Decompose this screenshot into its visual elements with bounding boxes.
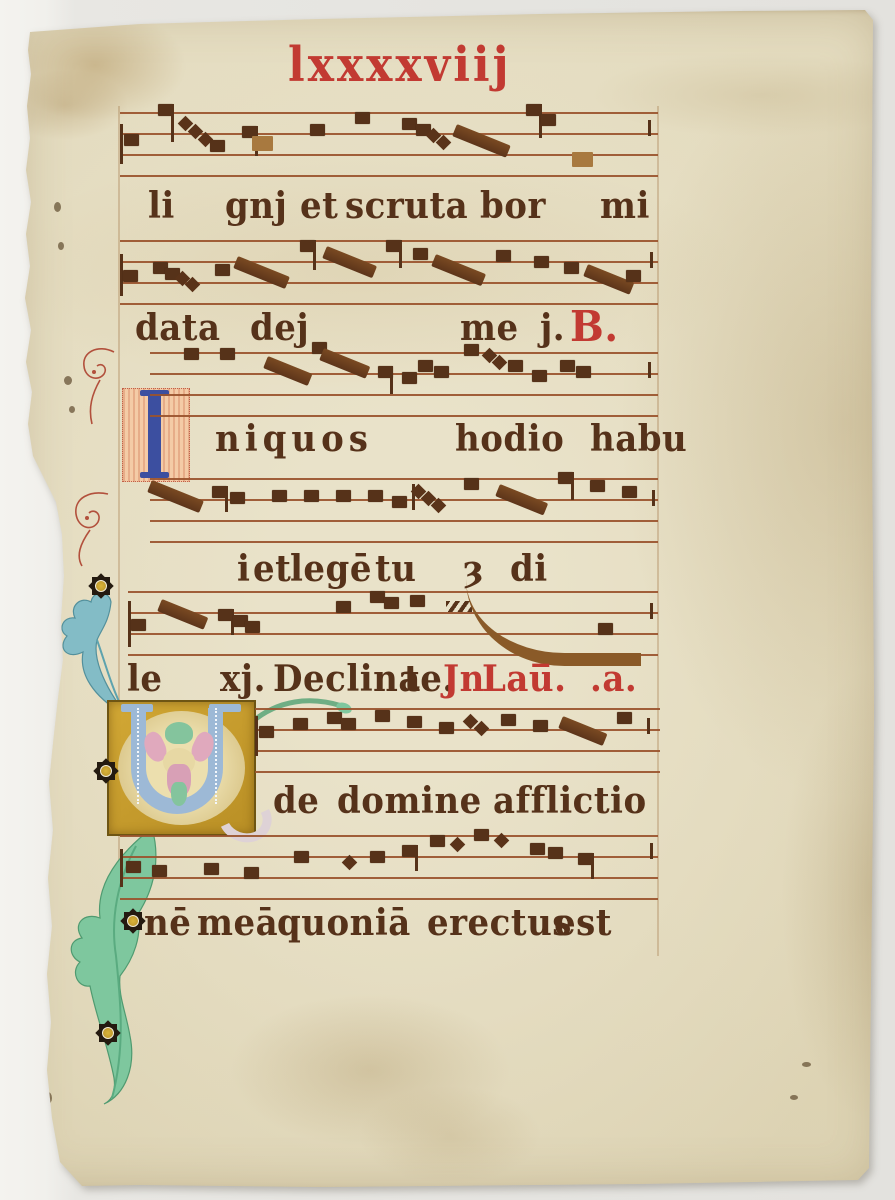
- neume-sq: [548, 847, 563, 859]
- chant-word: legē: [290, 548, 372, 591]
- neume-st: [120, 849, 123, 887]
- photograph-background: lxxxxviij: [0, 0, 895, 1200]
- gold-sun-ornament-icon: [95, 1020, 121, 1046]
- neume-st: [255, 716, 258, 756]
- chant-word: B.: [570, 302, 619, 353]
- chant-word: et: [300, 185, 338, 228]
- neume-sq: [336, 490, 351, 502]
- chant-word: le: [127, 658, 163, 701]
- chant-text-line: niquoshodiohabu: [20, 418, 880, 466]
- neume-sq: [626, 270, 641, 282]
- neume-sq: [617, 712, 632, 724]
- gold-sun-ornament-icon: [93, 758, 119, 784]
- neume-sq: [293, 718, 308, 730]
- chant-text-line: nēmeāquoniāerectusest: [20, 902, 880, 950]
- neume-st: [399, 240, 402, 268]
- neume-sq: [124, 134, 139, 146]
- chant-word: xj.: [220, 658, 266, 701]
- neume-sq: [215, 264, 230, 276]
- music-staff: [255, 708, 660, 773]
- parchment-wear-speck: [64, 376, 72, 385]
- chant-word: i: [237, 548, 250, 591]
- neume-tk: [650, 843, 653, 859]
- neume-ob: [452, 124, 511, 158]
- neume-sq: [590, 480, 605, 492]
- chant-word: di: [510, 548, 548, 591]
- chant-word: gnj: [225, 185, 287, 228]
- chant-text-line: ietlegētuȝdi: [20, 548, 880, 596]
- folio-number: lxxxxviij: [288, 38, 512, 93]
- neume-ob: [233, 256, 290, 289]
- neume-sq: [368, 490, 383, 502]
- penwork-flourish-icon: [70, 346, 118, 428]
- neume-sq: [384, 597, 399, 609]
- chant-text-line: lignjetscrutabormi: [20, 185, 880, 233]
- initial-v-foliage: [165, 722, 193, 744]
- neume-sq: [532, 370, 547, 382]
- neume-sq: [474, 829, 489, 841]
- parchment-wear-speck: [54, 202, 61, 212]
- neume-ob: [263, 356, 312, 386]
- neume-lg: [572, 152, 593, 167]
- neume-sq: [410, 595, 425, 607]
- music-staff: [120, 240, 658, 305]
- chant-word: quoniā: [277, 902, 411, 945]
- chant-word: me: [460, 307, 519, 350]
- gold-sun-ornament-icon: [120, 908, 146, 934]
- chant-word: li: [148, 185, 175, 228]
- neume-tk: [648, 362, 651, 378]
- chant-word: dej: [250, 307, 309, 350]
- neume-tk: [652, 490, 655, 506]
- neume-sq: [152, 865, 167, 877]
- chant-text-line: datadejmej.B.: [20, 307, 880, 355]
- neume-tk: [648, 120, 651, 136]
- neume-tk: [650, 603, 653, 619]
- neume-sq: [327, 712, 342, 724]
- neume-sq: [430, 835, 445, 847]
- neume-sq: [294, 851, 309, 863]
- neume-sq: [341, 718, 356, 730]
- neume-sq: [272, 490, 287, 502]
- chant-word: afflictio: [493, 780, 647, 823]
- neume-sq: [375, 710, 390, 722]
- neume-st: [313, 240, 316, 270]
- neume-lg: [252, 136, 273, 151]
- parchment: lxxxxviij: [20, 10, 880, 1190]
- chant-word: niquos: [215, 418, 373, 461]
- music-staff: [150, 352, 658, 417]
- neume-ob: [495, 484, 548, 516]
- neume-sq: [304, 490, 319, 502]
- neume-st: [120, 124, 123, 164]
- neume-dm: [342, 855, 358, 871]
- music-staff: [120, 835, 658, 900]
- neume-sq: [245, 621, 260, 633]
- neume-sq: [413, 248, 428, 260]
- neume-sq: [244, 867, 259, 879]
- neume-sq: [560, 360, 575, 372]
- manuscript-leaf-content: lxxxxviij: [20, 10, 880, 1190]
- parchment-wear-speck: [44, 1092, 52, 1104]
- neume-st: [171, 104, 174, 142]
- neume-sq: [131, 619, 146, 631]
- parchment-wear-speck: [48, 1134, 55, 1144]
- neume-sq: [123, 270, 138, 282]
- chant-word: Declina: [273, 658, 421, 701]
- music-staff: [128, 591, 658, 656]
- neume-sq: [496, 250, 511, 262]
- parchment-wear-speck: [58, 242, 64, 250]
- neume-dm: [450, 837, 466, 853]
- chant-word: data: [135, 307, 221, 350]
- chant-word: Jn: [443, 658, 485, 701]
- neume-qs: [446, 601, 472, 612]
- neume-dm: [494, 833, 510, 849]
- neume-sq: [336, 601, 351, 613]
- neume-sq: [230, 492, 245, 504]
- neume-sq: [534, 256, 549, 268]
- chant-word: hodio: [455, 418, 564, 461]
- neume-tk: [650, 252, 653, 268]
- parchment-wear-speck: [53, 1166, 62, 1174]
- parchment-wear-speck: [69, 406, 75, 413]
- chant-word: meā: [197, 902, 278, 945]
- neume-sq: [464, 478, 479, 490]
- neume-sq: [576, 366, 591, 378]
- neume-st: [225, 486, 228, 512]
- chant-word: mi: [600, 185, 650, 228]
- chant-word: et: [253, 548, 291, 591]
- neume-sq: [310, 124, 325, 136]
- neume-st: [571, 472, 574, 500]
- chant-word: est: [554, 902, 612, 945]
- chant-word: .a.: [590, 658, 637, 701]
- neume-sq: [126, 861, 141, 873]
- chant-word: tu: [375, 548, 416, 591]
- neume-sq: [392, 496, 407, 508]
- neume-ob: [431, 254, 486, 286]
- chant-word: ȝ: [463, 548, 484, 591]
- neume-sq: [439, 722, 454, 734]
- chant-text-line: lexj.Declinate.JnLau̅..a.: [20, 658, 880, 706]
- chant-word: habu: [590, 418, 687, 461]
- neume-sq: [508, 360, 523, 372]
- neume-sq: [355, 112, 370, 124]
- chant-word: bor: [480, 185, 546, 228]
- neume-st: [415, 845, 418, 871]
- neume-sq: [564, 262, 579, 274]
- manuscript-leaf: lxxxxviij: [20, 10, 880, 1190]
- neume-sq: [204, 863, 219, 875]
- neume-ob: [147, 480, 204, 513]
- neume-tk: [647, 718, 650, 734]
- chant-text-line: dedomineafflictio: [20, 780, 880, 828]
- neume-st: [390, 366, 393, 394]
- chant-word: nē: [144, 902, 191, 945]
- chant-word: scruta: [345, 185, 468, 228]
- neume-sq: [418, 360, 433, 372]
- neume-sq: [434, 366, 449, 378]
- neume-sq: [402, 372, 417, 384]
- neume-sq: [402, 118, 417, 130]
- neume-ob: [157, 599, 208, 630]
- chant-word: Lau̅.: [482, 658, 567, 701]
- chant-word: erectus: [427, 902, 572, 945]
- neume-sq: [210, 140, 225, 152]
- neume-sq: [501, 714, 516, 726]
- neume-ob: [322, 246, 377, 278]
- parchment-wear-speck: [790, 1095, 798, 1100]
- neume-sq: [598, 623, 613, 635]
- gold-sun-ornament-icon: [88, 573, 114, 599]
- chant-word: j.: [540, 307, 565, 350]
- music-staff: [120, 112, 658, 177]
- neume-sq: [530, 843, 545, 855]
- parchment-wear-speck: [802, 1062, 811, 1067]
- neume-st: [591, 853, 594, 879]
- neume-sq: [407, 716, 422, 728]
- neume-sq: [259, 726, 274, 738]
- neume-sq: [370, 851, 385, 863]
- neume-sq: [622, 486, 637, 498]
- neume-ob: [558, 716, 607, 746]
- music-staff: [150, 478, 658, 543]
- neume-sq: [533, 720, 548, 732]
- chant-word: domine: [337, 780, 482, 823]
- chant-word: de: [273, 780, 319, 823]
- neume-sq: [541, 114, 556, 126]
